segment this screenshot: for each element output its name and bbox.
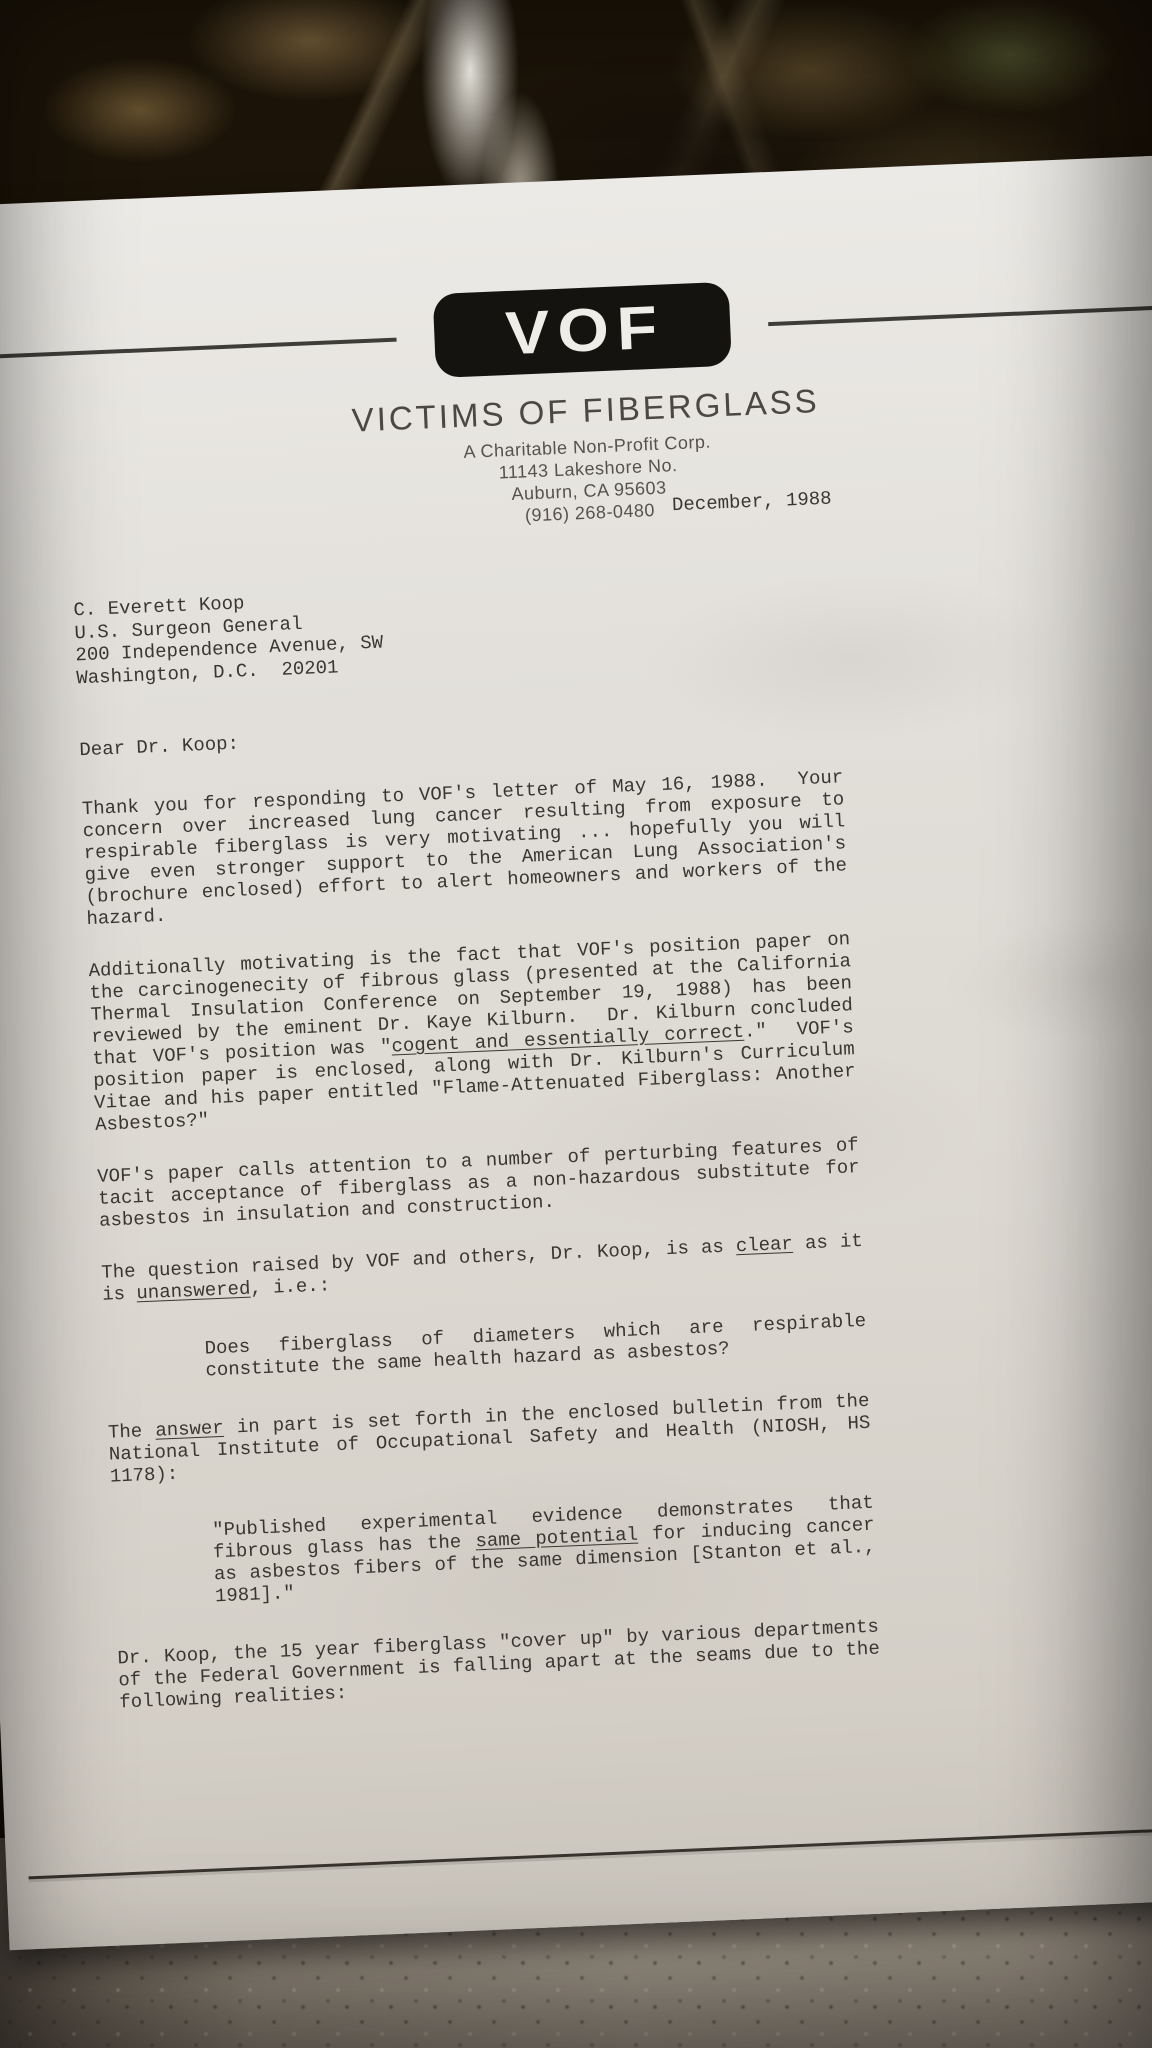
text-segment: hazard.	[86, 905, 167, 930]
letter-paragraph: The question raised by VOF and others, D…	[101, 1230, 864, 1306]
letterhead-rule-left	[0, 338, 397, 361]
footer-rule	[29, 1826, 1152, 1879]
letter-paragraph: VOF's paper calls attention to a number …	[97, 1134, 861, 1232]
underlined-text: answer	[155, 1417, 224, 1442]
underlined-text: unanswered	[136, 1278, 251, 1305]
letterhead-rule-right	[768, 303, 1152, 326]
letter-content: C. Everett Koop U.S. Surgeon General 200…	[73, 568, 882, 1744]
text-segment: Asbestos?"	[95, 1109, 210, 1136]
letter-paragraph: "Published experimental evidence demonst…	[212, 1492, 877, 1608]
text-segment: , i.e.:	[250, 1274, 331, 1299]
vof-logo: VOF	[433, 282, 732, 378]
salutation: Dear Dr. Koop:	[79, 707, 841, 761]
text-segment: is	[102, 1282, 137, 1305]
recipient-address-block: C. Everett Koop U.S. Surgeon General 200…	[73, 568, 838, 690]
letter-paragraph: The answer in part is set forth in the e…	[108, 1390, 872, 1488]
letter-paragraph: Dr. Koop, the 15 year fiberglass "cover …	[117, 1616, 881, 1714]
text-segment: 1981]."	[215, 1582, 296, 1607]
underlined-text: clear	[735, 1233, 793, 1257]
letter-paragraph: Thank you for responding to VOF's letter…	[81, 766, 848, 930]
vof-logo-text: VOF	[498, 291, 666, 368]
photo-of-letter: { "letterhead": { "logo_text": "VOF", "o…	[0, 0, 1152, 2048]
text-segment: The	[108, 1420, 156, 1444]
text-segment: as it	[792, 1230, 863, 1255]
letter-body: Thank you for responding to VOF's letter…	[81, 766, 881, 1713]
text-segment: 1178):	[109, 1463, 178, 1488]
letter-paragraph: Does fiberglass of diameters which are r…	[204, 1310, 867, 1382]
letter-page: VOF VICTIMS OF FIBERGLASS A Charitable N…	[0, 153, 1152, 1950]
letter-paragraph: Additionally motivating is the fact that…	[88, 928, 857, 1136]
